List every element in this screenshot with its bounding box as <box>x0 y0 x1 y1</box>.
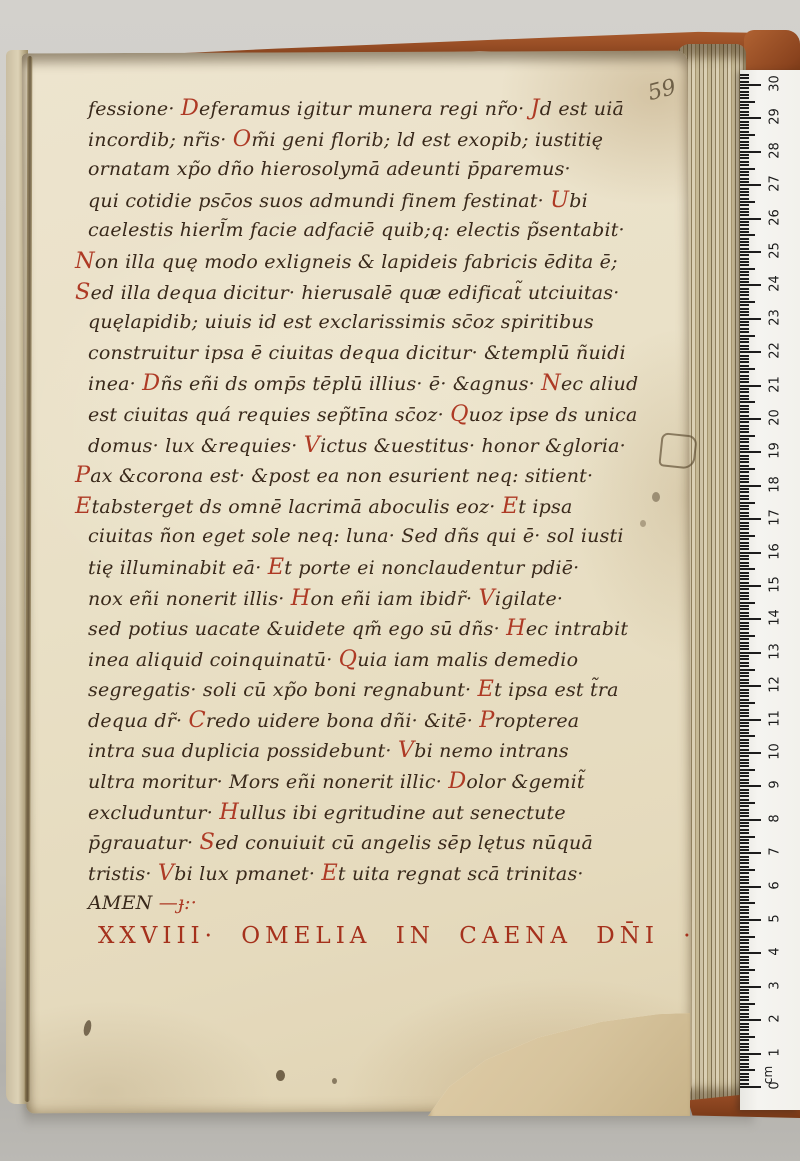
red-initial: D <box>181 95 199 121</box>
ruler-tick <box>740 565 749 567</box>
ruler-number: 24 <box>768 271 783 297</box>
ruler-tick <box>740 201 755 203</box>
ruler-tick <box>740 1009 749 1011</box>
ruler-tick <box>740 689 749 691</box>
ruler-tick <box>740 535 755 537</box>
ruler-tick <box>740 461 749 463</box>
ink-blot <box>276 1070 285 1081</box>
ruler-tick <box>740 1033 749 1035</box>
ruler-number: 9 <box>768 772 783 798</box>
ruler-tick <box>740 719 761 721</box>
ruler-tick <box>740 1069 755 1071</box>
ruler-tick <box>740 505 749 507</box>
ruler-number: 2 <box>768 1006 783 1032</box>
ruler-tick <box>740 578 749 580</box>
ruler-tick <box>740 184 761 186</box>
ruler-tick <box>740 705 749 707</box>
ruler-tick <box>740 211 749 213</box>
ruler-tick <box>740 1019 761 1021</box>
ruler-tick <box>740 345 749 347</box>
ruler-tick <box>740 615 749 617</box>
ruler-tick <box>740 1073 749 1075</box>
ruler-tick <box>740 675 749 677</box>
ruler-tick <box>740 178 749 180</box>
ruler-tick <box>740 612 749 614</box>
ruler-tick <box>740 117 761 119</box>
ruler-tick <box>740 94 749 96</box>
red-initial: E <box>75 493 92 519</box>
ruler-tick <box>740 1059 749 1061</box>
manuscript-text-line: dequa dr̃· Credo uidere bona dñi· &itē· … <box>88 705 654 736</box>
ruler-tick <box>740 906 749 908</box>
ruler-tick <box>740 882 749 884</box>
ruler-tick <box>740 368 755 370</box>
ruler-tick <box>740 645 749 647</box>
ruler-tick <box>740 365 749 367</box>
ruler-tick <box>740 391 749 393</box>
ruler-tick <box>740 502 755 504</box>
ruler-tick <box>740 498 749 500</box>
manuscript-text-line: intra sua duplicia possidebunt· Vbi nemo… <box>88 735 654 766</box>
ruler-tick <box>740 876 749 878</box>
ruler-tick <box>740 625 749 627</box>
ruler-tick <box>740 789 749 791</box>
ruler-tick <box>740 602 755 604</box>
ruler-tick <box>740 468 755 470</box>
ruler-tick <box>740 304 749 306</box>
manuscript-text-line: quęlapidib; uiuis id est exclarissimis s… <box>88 307 654 338</box>
red-initial: P <box>75 462 90 488</box>
ruler-tick <box>740 842 749 844</box>
ruler-tick <box>740 849 749 851</box>
ruler-tick <box>740 635 755 637</box>
ink-blot <box>332 1078 337 1084</box>
ruler-number: 17 <box>768 505 783 531</box>
red-initial: E <box>321 860 338 886</box>
ink-text: excluduntur· <box>88 802 219 824</box>
ruler-tick <box>740 992 749 994</box>
ruler-tick <box>740 224 749 226</box>
ruler-tick <box>740 552 761 554</box>
ruler-number: 5 <box>768 906 783 932</box>
ink-text: ed conuiuit cū angelis sēp lętus nūquā <box>215 832 593 854</box>
red-initial: V <box>479 585 495 611</box>
ruler-number: 6 <box>768 872 783 898</box>
red-initial: E <box>268 554 285 580</box>
ruler-tick <box>740 729 749 731</box>
ink-text: inea· <box>88 373 142 395</box>
manuscript-text-line: ciuitas ñon eget sole neq: luna· Sed dñs… <box>88 521 654 552</box>
ruler-tick <box>740 836 755 838</box>
ruler-tick <box>740 488 749 490</box>
ruler-tick <box>740 481 749 483</box>
manuscript-text-line: tristis· Vbi lux pmanet· Et uita regnat … <box>88 858 654 889</box>
ruler-tick <box>740 218 761 220</box>
manuscript-text-line: Sed illa dequa dicitur· hierusalē quæ ed… <box>75 277 654 308</box>
rubric-title: XXVIII· OMELIA IN CAENA DN̄I · <box>98 923 696 949</box>
ruler-tick <box>740 699 749 701</box>
ruler-tick <box>740 421 749 423</box>
ruler-tick <box>740 405 749 407</box>
ruler-tick <box>740 856 749 858</box>
red-initial: H <box>291 585 311 611</box>
ink-text: quęlapidib; uiuis id est exclarissimis s… <box>88 311 594 333</box>
ruler-tick <box>740 228 749 230</box>
ruler-tick <box>740 785 761 787</box>
ruler-tick <box>740 1079 749 1081</box>
manuscript-text-line: sed potius uacate &uidete qm̃ ego sū dñs… <box>88 613 654 644</box>
ink-text: incordib; nr̃is· <box>88 129 233 151</box>
ink-text: t uita regnat scā trinitas· <box>338 863 584 885</box>
ruler-tick <box>740 582 749 584</box>
ink-text: igilate· <box>495 588 563 610</box>
red-initial: Q <box>450 401 469 427</box>
ruler-tick <box>740 952 761 954</box>
ruler-number: 21 <box>768 371 783 397</box>
ruler-tick <box>740 331 749 333</box>
ruler-tick <box>740 431 749 433</box>
ruler-tick <box>740 448 749 450</box>
manuscript-text-line: p̄grauatur· Sed conuiuit cū angelis sēp … <box>88 827 654 858</box>
red-initial: D <box>448 768 466 794</box>
ruler-tick <box>740 234 755 236</box>
ruler-tick <box>740 755 749 757</box>
ruler-tick <box>740 669 755 671</box>
ruler-tick <box>740 515 749 517</box>
ink-text: segregatis· soli cū xp̃o boni regnabunt· <box>88 679 478 701</box>
ruler-tick <box>740 274 749 276</box>
ruler-tick <box>740 926 749 928</box>
ruler-tick <box>740 1083 749 1085</box>
manuscript-text-line: Non illa quę modo exligneis & lapideis f… <box>75 246 654 277</box>
ruler-tick <box>740 558 749 560</box>
ink-text: tristis· <box>88 863 158 885</box>
manuscript-text-line: AMEN —ɟ:· <box>88 888 654 919</box>
ruler-tick <box>740 335 755 337</box>
ink-text: p̄grauatur· <box>88 832 200 854</box>
ink-text: t ipsa est t̃ra <box>494 679 619 701</box>
ruler-tick <box>740 812 749 814</box>
manuscript-text-line: est ciuitas quá requies sep̃tīna sc̄oz· … <box>88 399 654 430</box>
ruler-number: 23 <box>768 304 783 330</box>
ruler-tick <box>740 395 749 397</box>
ruler-tick <box>740 518 761 520</box>
ruler-tick <box>740 157 749 159</box>
ruler-tick <box>740 886 761 888</box>
ruler-tick <box>740 946 749 948</box>
ruler-tick <box>740 151 761 153</box>
ink-text: redo uidere bona dñi· &itē· <box>206 710 479 732</box>
ruler-tick <box>740 966 749 968</box>
ruler-tick <box>740 301 755 303</box>
ruler-tick <box>740 815 749 817</box>
ruler-tick <box>740 525 749 527</box>
ruler-tick <box>740 268 755 270</box>
ruler-tick <box>740 1076 749 1078</box>
ruler-tick <box>740 752 761 754</box>
ruler-tick <box>740 792 749 794</box>
ruler-tick <box>740 288 749 290</box>
ruler-tick <box>740 371 749 373</box>
red-initial: C <box>189 707 206 733</box>
ruler-tick <box>740 251 761 253</box>
ruler-tick <box>740 929 749 931</box>
manuscript-text-line: inea aliquid coinquinatū· Quia iam malis… <box>88 644 654 675</box>
ruler-tick <box>740 1063 749 1065</box>
red-initial: E <box>502 493 519 519</box>
ruler-tick <box>740 311 749 313</box>
ruler-tick <box>740 471 749 473</box>
ruler-tick <box>740 769 755 771</box>
ink-text: eferamus igitur munera regi nr̃o· <box>199 98 531 120</box>
ruler-tick <box>740 538 749 540</box>
ink-text: sed potius uacate &uidete qm̃ ego sū dñs… <box>88 618 506 640</box>
ruler-tick <box>740 715 749 717</box>
ruler-tick <box>740 685 761 687</box>
ruler-tick <box>740 942 749 944</box>
ruler-tick <box>740 595 749 597</box>
ruler-number: 22 <box>768 338 783 364</box>
ruler-tick <box>740 77 749 79</box>
ruler-tick <box>740 415 749 417</box>
ruler-tick <box>740 879 749 881</box>
ruler-tick <box>740 869 755 871</box>
ruler-number: 28 <box>768 137 783 163</box>
red-initial: U <box>550 187 569 213</box>
manuscript-text-line: caelestis hierl̃m facie adfaciē quib;q: … <box>88 215 654 246</box>
red-initial: V <box>398 737 414 763</box>
manuscript-text-line: tię illuminabit eā· Et porte ei nonclaud… <box>88 552 654 583</box>
ruler-tick <box>740 121 749 123</box>
ruler-number: 26 <box>768 204 783 230</box>
ruler-tick <box>740 291 749 293</box>
ruler-tick <box>740 598 749 600</box>
red-initial: —ɟ:· <box>152 892 196 914</box>
ruler-tick <box>740 137 749 139</box>
ruler-tick <box>740 902 755 904</box>
ruler-number: 15 <box>768 572 783 598</box>
ruler-tick <box>740 435 755 437</box>
ruler-tick <box>740 104 749 106</box>
ruler-tick <box>740 124 749 126</box>
ruler-tick <box>740 665 749 667</box>
ruler-tick <box>740 896 749 898</box>
ruler-tick <box>740 134 755 136</box>
ruler-tick <box>740 147 749 149</box>
red-initial: E <box>478 676 495 702</box>
ruler-tick <box>740 658 749 660</box>
ruler-tick <box>740 1046 749 1048</box>
ink-text: ec aliud <box>561 373 638 395</box>
ruler-tick <box>740 248 749 250</box>
ink-text: domus· lux &requies· <box>88 435 304 457</box>
ruler-number: 14 <box>768 605 783 631</box>
ink-text: ciuitas ñon eget sole neq: luna· Sed dñs… <box>88 525 624 547</box>
ruler-tick <box>740 545 749 547</box>
manuscript-text-block: fessione· Deferamus igitur munera regi n… <box>88 93 654 919</box>
ruler-tick <box>740 261 749 263</box>
ruler-tick <box>740 899 749 901</box>
ruler-tick <box>740 709 749 711</box>
ruler-tick <box>740 308 749 310</box>
ruler-tick <box>740 381 749 383</box>
manuscript-text-line: fessione· Deferamus igitur munera regi n… <box>88 93 654 124</box>
ruler-tick <box>740 986 761 988</box>
ruler-tick <box>740 588 749 590</box>
ink-text: bi lux pmanet· <box>174 863 321 885</box>
ruler-tick <box>740 1043 749 1045</box>
ruler-tick <box>740 512 749 514</box>
ruler-tick <box>740 278 749 280</box>
ruler-tick <box>740 568 755 570</box>
ruler-tick <box>740 528 749 530</box>
ruler-tick <box>740 572 749 574</box>
red-initial: D <box>142 370 160 396</box>
ruler-tick <box>740 839 749 841</box>
ruler-tick <box>740 244 749 246</box>
ink-text: ullus ibi egritudine aut senectute <box>239 802 566 824</box>
ruler-tick <box>740 154 749 156</box>
ink-text: AMEN <box>88 892 152 914</box>
ruler-tick <box>740 548 749 550</box>
ruler-tick <box>740 221 749 223</box>
ruler-tick <box>740 97 749 99</box>
ruler-tick <box>740 425 749 427</box>
ink-text: ultra moritur· Mors eñi nonerit illic· <box>88 771 448 793</box>
ruler-tick <box>740 765 749 767</box>
ruler-unit-label: cm <box>761 1066 775 1084</box>
ruler-tick <box>740 87 749 89</box>
ruler-tick <box>740 922 749 924</box>
ink-blot <box>652 492 660 502</box>
ruler-tick <box>740 1026 749 1028</box>
ruler-tick <box>740 802 755 804</box>
ruler-tick <box>740 562 749 564</box>
red-initial: N <box>541 370 561 396</box>
manuscript-text-line: construitur ipsa ē ciuitas dequa dicitur… <box>88 338 654 369</box>
ruler-tick <box>740 264 749 266</box>
ruler-tick <box>740 672 749 674</box>
ruler-tick <box>740 127 749 129</box>
red-initial: N <box>75 248 95 274</box>
ruler-tick <box>740 618 761 620</box>
ruler-tick <box>740 779 749 781</box>
ruler-number: 4 <box>768 939 783 965</box>
ink-text: tię illuminabit eā· <box>88 557 268 579</box>
ruler-tick <box>740 749 749 751</box>
ruler-tick <box>740 491 749 493</box>
ruler-number: 8 <box>768 805 783 831</box>
ruler-tick <box>740 438 749 440</box>
ruler-tick <box>740 739 749 741</box>
ruler-tick <box>740 455 749 457</box>
ruler-tick <box>740 198 749 200</box>
ruler-tick <box>740 171 749 173</box>
ruler-tick <box>740 314 749 316</box>
ruler-tick <box>740 351 761 353</box>
ruler-tick <box>740 575 749 577</box>
ruler-tick <box>740 318 761 320</box>
ink-text: on eñi iam ibidr̃· <box>311 588 479 610</box>
ruler-tick <box>740 852 761 854</box>
ruler-tick <box>740 1013 749 1015</box>
ruler-tick <box>740 271 749 273</box>
ruler-tick <box>740 759 749 761</box>
red-initial: H <box>219 799 239 825</box>
ruler-tick <box>740 912 749 914</box>
ink-text: bi <box>569 190 588 212</box>
ink-text: construitur ipsa ē ciuitas dequa dicitur… <box>88 342 626 364</box>
ruler-tick <box>740 361 749 363</box>
ruler-tick <box>740 805 749 807</box>
measuring-ruler: 0123456789101112131415161718192021222324… <box>740 70 800 1110</box>
ruler-number: 13 <box>768 638 783 664</box>
ruler-tick <box>740 692 749 694</box>
ruler-tick <box>740 258 749 260</box>
ruler-tick <box>740 321 749 323</box>
ruler-tick <box>740 702 755 704</box>
ruler-number: 10 <box>768 739 783 765</box>
ruler-tick <box>740 84 761 86</box>
ruler-tick <box>740 1053 761 1055</box>
ruler-tick <box>740 188 749 190</box>
ruler-tick <box>740 936 755 938</box>
ruler-tick <box>740 682 749 684</box>
ruler-tick <box>740 388 749 390</box>
ruler-tick <box>740 111 749 113</box>
ink-text: ec intrabit <box>526 618 628 640</box>
ruler-tick <box>740 168 755 170</box>
ruler-tick <box>740 101 755 103</box>
ruler-tick <box>740 458 749 460</box>
ruler-tick <box>740 956 749 958</box>
ruler-tick <box>740 385 761 387</box>
ruler-number: 29 <box>768 104 783 130</box>
ruler-tick <box>740 979 749 981</box>
ruler-tick <box>740 418 761 420</box>
ruler-tick <box>740 204 749 206</box>
ruler-tick <box>740 107 749 109</box>
ink-text: tabsterget ds omnē lacrimā aboculis eoz· <box>92 496 502 518</box>
ruler-tick <box>740 745 749 747</box>
ink-text: d est uiā <box>540 98 624 120</box>
manuscript-text-line: qui cotidie psc̄os suos admundi finem fe… <box>88 185 654 216</box>
ruler-tick <box>740 348 749 350</box>
ruler-tick <box>740 508 749 510</box>
ruler-tick <box>740 532 749 534</box>
ruler-tick <box>740 919 761 921</box>
ruler-tick <box>740 732 749 734</box>
ink-blot <box>640 520 646 527</box>
ruler-tick <box>740 892 749 894</box>
ruler-number: 12 <box>768 672 783 698</box>
ruler-tick <box>740 74 749 76</box>
ruler-tick <box>740 695 749 697</box>
ink-text: olor &gemit̃ <box>466 771 584 793</box>
ruler-number: 1 <box>768 1039 783 1065</box>
ruler-tick <box>740 298 749 300</box>
ruler-tick <box>740 1023 749 1025</box>
red-initial: S <box>200 829 216 855</box>
ruler-tick <box>740 982 749 984</box>
ruler-tick <box>740 254 749 256</box>
ruler-tick <box>740 522 749 524</box>
red-initial: H <box>506 615 526 641</box>
ruler-tick <box>740 231 749 233</box>
ruler-tick <box>740 114 749 116</box>
ruler-tick <box>740 131 749 133</box>
ink-text: on illa quę modo exligneis & lapideis fa… <box>95 251 618 273</box>
